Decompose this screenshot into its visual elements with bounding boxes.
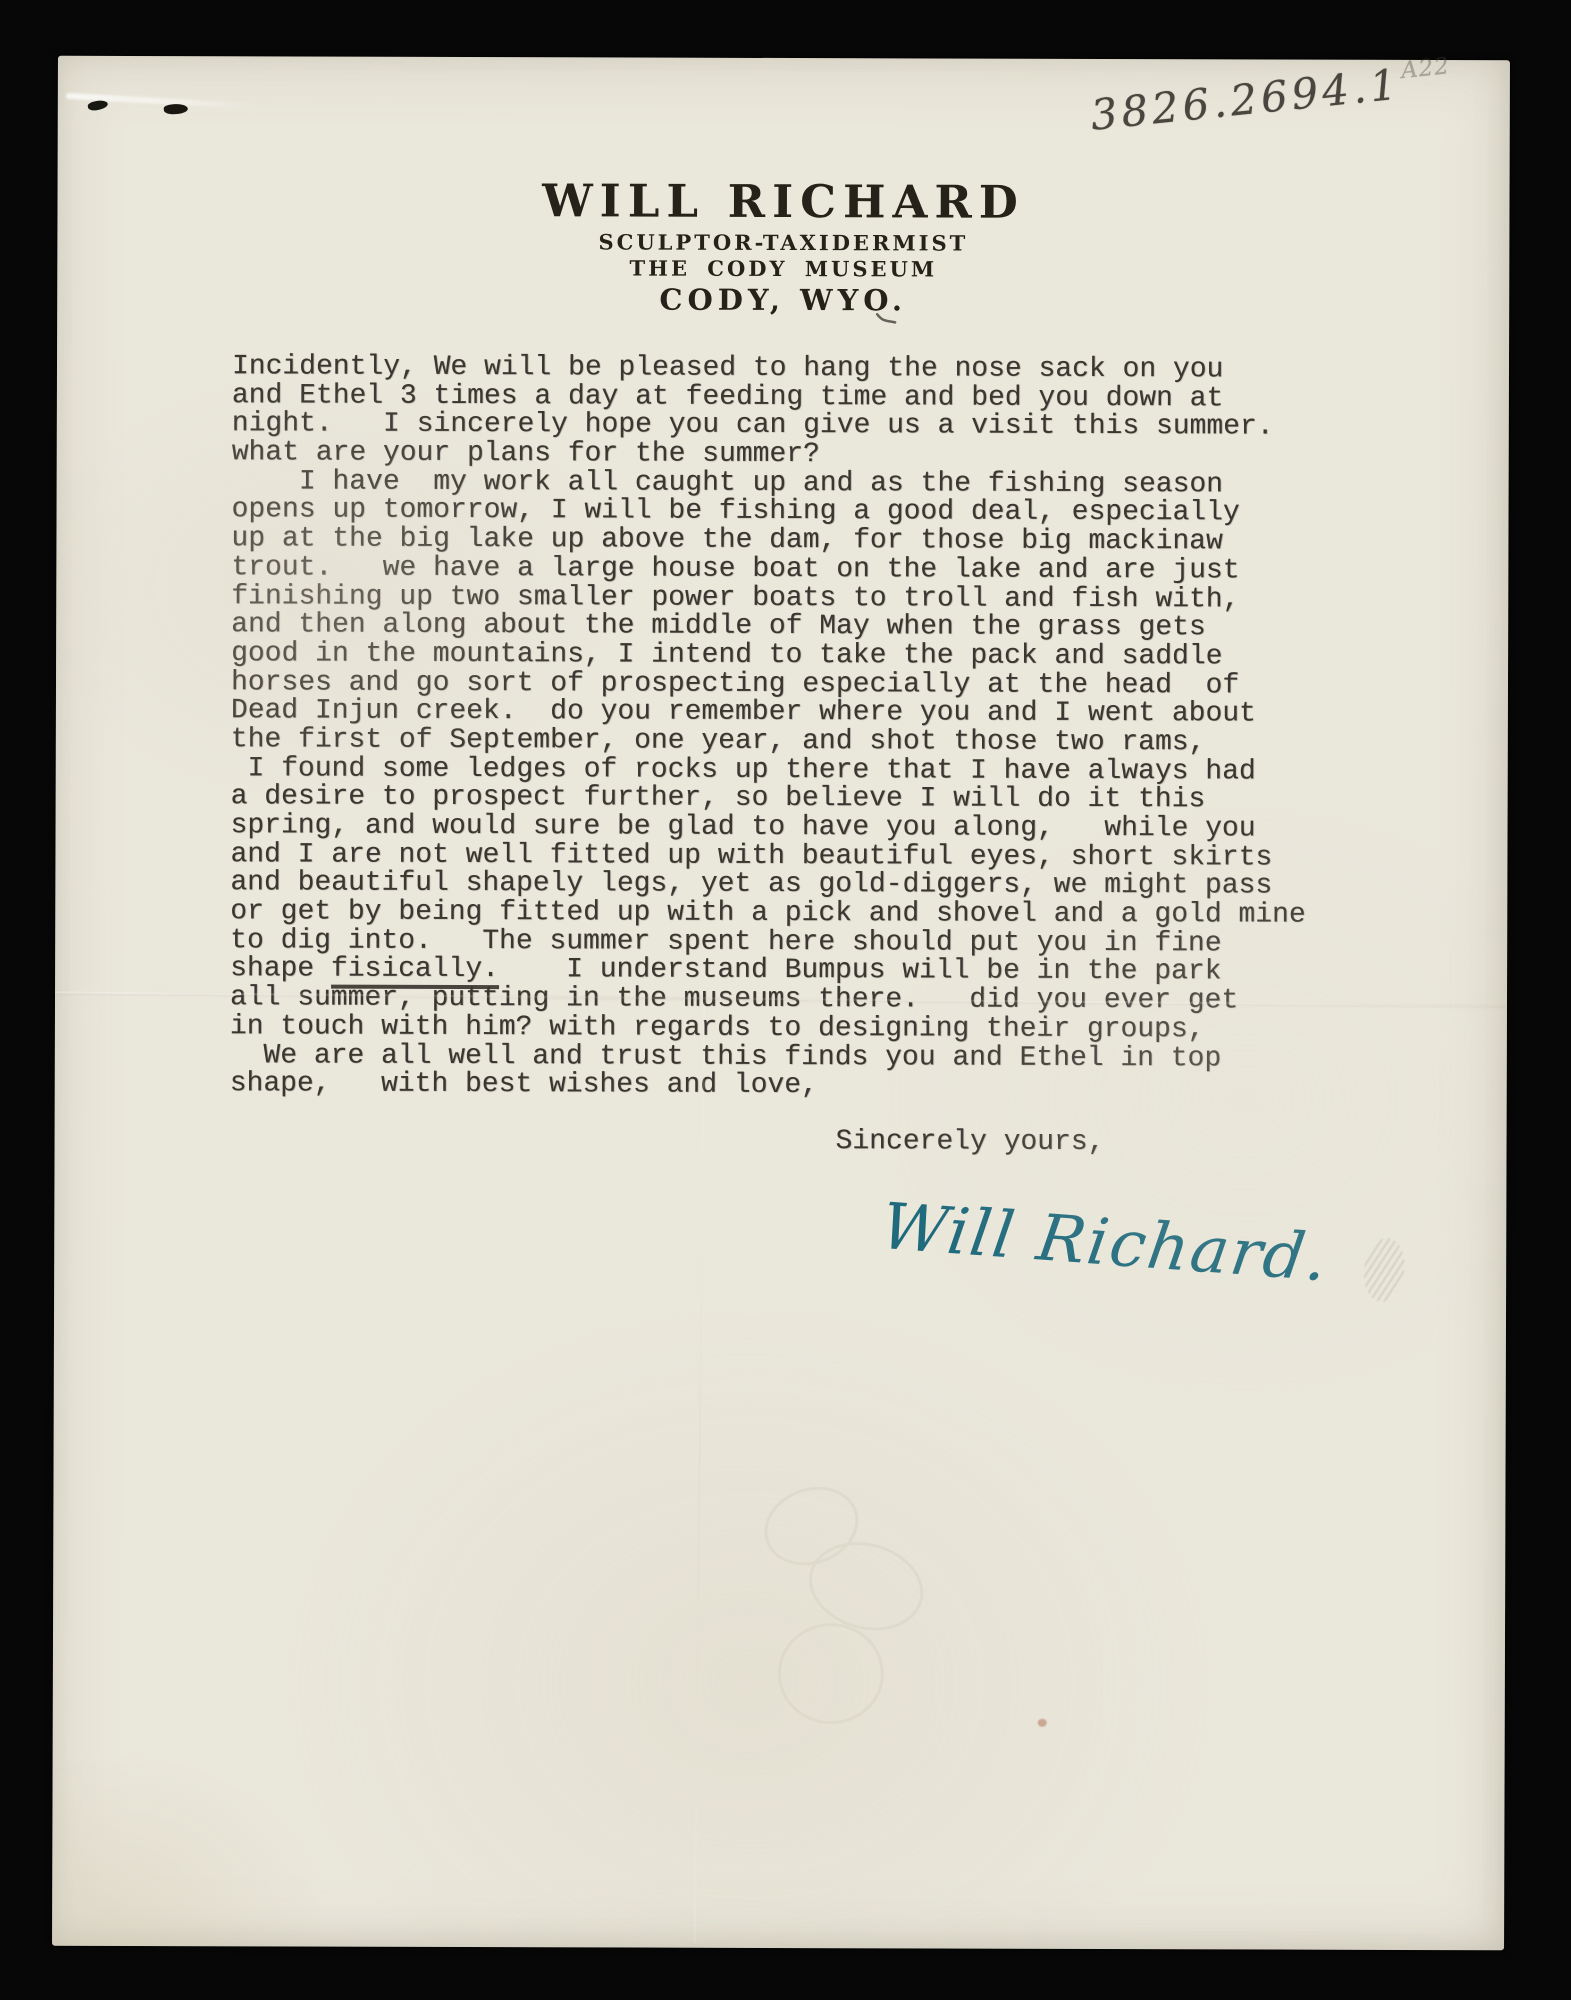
pencil-smudge <box>1360 1235 1409 1304</box>
pen-tick-icon <box>875 310 899 326</box>
letterhead-title: SCULPTOR-TAXIDERMIST <box>57 230 1509 256</box>
accession-number: 3826.2694.1A22 <box>1088 53 1453 139</box>
signature: Will Richard. <box>854 1140 1355 1312</box>
staple-hole-icon <box>163 103 188 115</box>
letterhead-location: CODY, WYO. <box>57 284 1509 318</box>
paper-stain-spot <box>1038 1719 1047 1727</box>
letterhead: WILL RICHARD SCULPTOR-TAXIDERMIST THE CO… <box>57 177 1509 318</box>
letterhead-name: WILL RICHARD <box>57 177 1509 227</box>
staple-tear-mark <box>66 84 266 135</box>
pencil-annotation: A22 <box>1400 53 1451 84</box>
typed-line: shape, with best wishes and love, <box>230 1070 1305 1102</box>
accession-number-text: 3826.2694.1 <box>1088 59 1403 139</box>
letterhead-organization: THE CODY MUSEUM <box>57 256 1509 282</box>
impression-circle <box>778 1623 884 1724</box>
scanned-letter-page: 3826.2694.1A22 WILL RICHARD SCULPTOR-TAX… <box>52 56 1510 1951</box>
fold-crease-vertical <box>694 1003 706 1943</box>
letter-body: Incidently, We will be pleased to hang t… <box>230 353 1308 1102</box>
signature-text: Will Richard. <box>876 1190 1333 1296</box>
staple-hole-icon <box>87 99 108 112</box>
faint-impression <box>733 1488 954 1769</box>
